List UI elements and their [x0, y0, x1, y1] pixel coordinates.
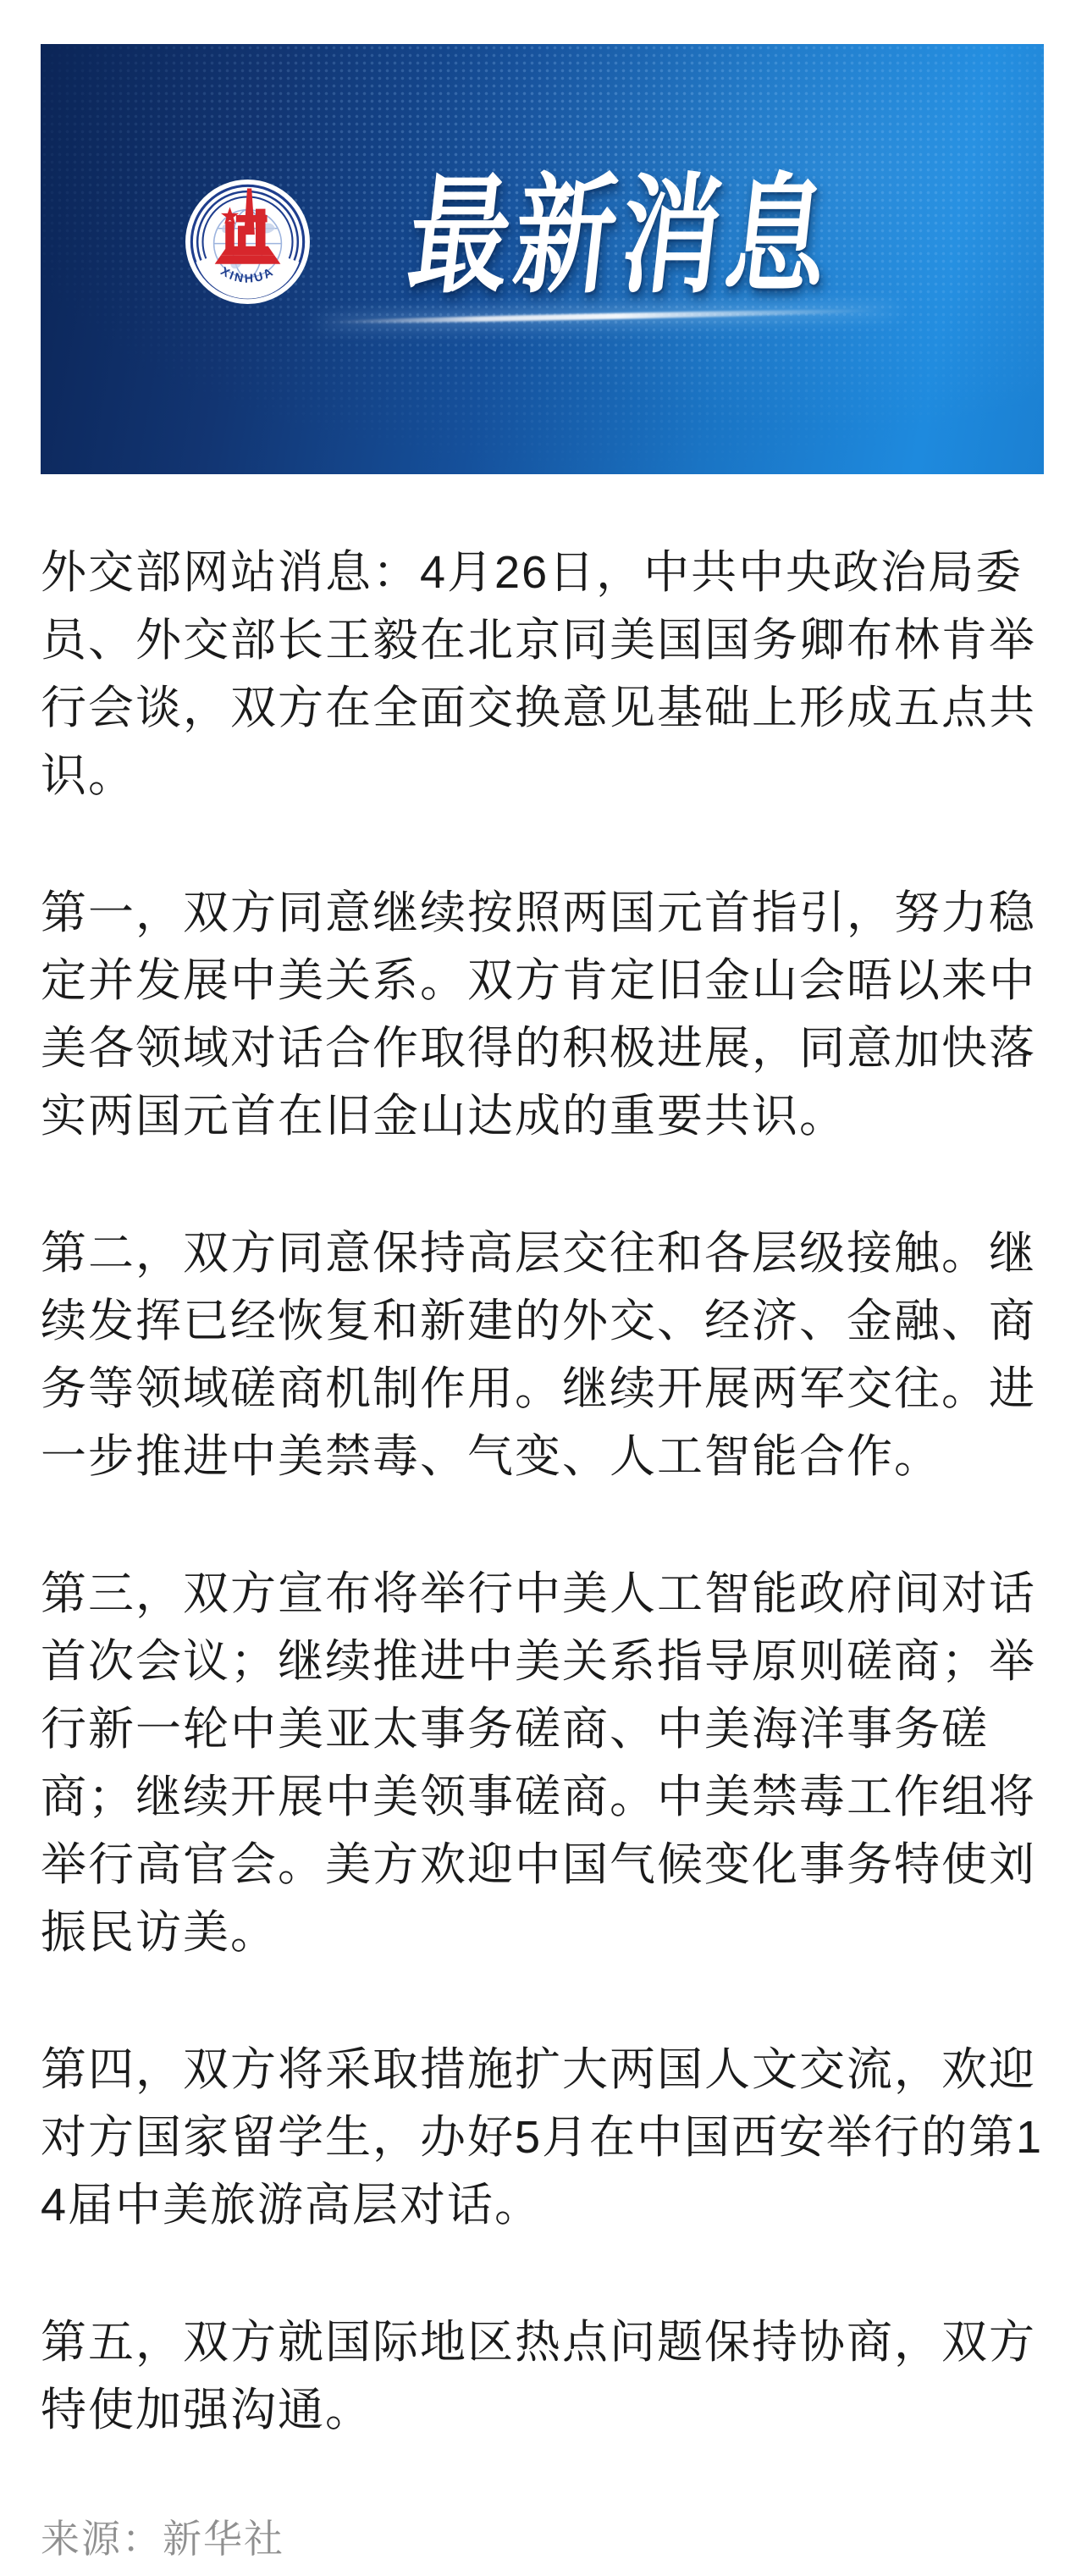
article-paragraph-1: 外交部网站消息：4月26日，中共中央政治局委员、外交部长王毅在北京同美国国务卿布…	[41, 539, 1046, 810]
article-body: 外交部网站消息：4月26日，中共中央政治局委员、外交部长王毅在北京同美国国务卿布…	[41, 539, 1046, 2564]
source-line: 来源：新华社	[41, 2513, 1046, 2564]
article-paragraph-3: 第二，双方同意保持高层交往和各层级接触。继续发挥已经恢复和新建的外交、经济、金融…	[41, 1219, 1046, 1490]
article-paragraph-2: 第一，双方同意继续按照两国元首指引，努力稳定并发展中美关系。双方肯定旧金山会晤以…	[41, 879, 1046, 1150]
news-banner: XINHUA 最新消息	[41, 44, 1044, 474]
banner-title: 最新消息	[402, 169, 840, 305]
article-paragraph-5: 第四，双方将采取措施扩大两国人文交流，欢迎对方国家留学生，办好5月在中国西安举行…	[41, 2036, 1046, 2239]
article-paragraph-6: 第五，双方就国际地区热点问题保持协商，双方特使加强沟通。	[41, 2308, 1046, 2444]
article-paragraph-4: 第三，双方宣布将举行中美人工智能政府间对话首次会议；继续推进中美关系指导原则磋商…	[41, 1560, 1046, 1966]
xinhua-logo: XINHUA	[185, 180, 310, 304]
